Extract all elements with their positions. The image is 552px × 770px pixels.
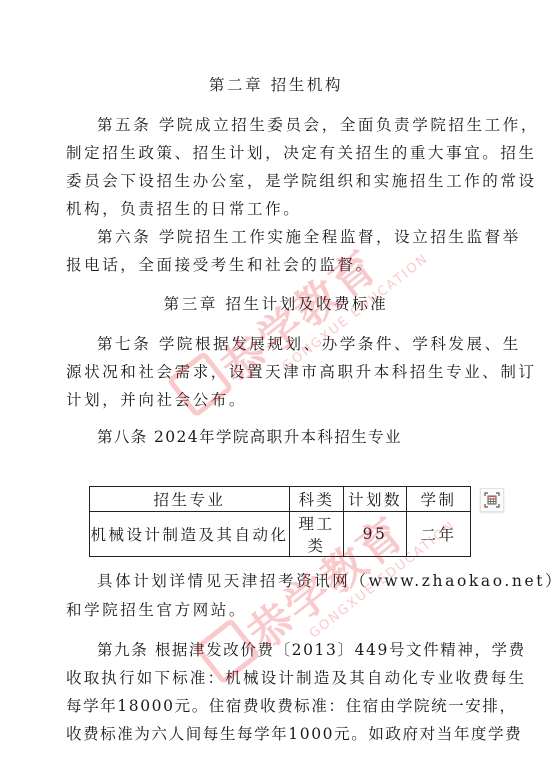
table-row: 机械设计制造及其自动化 理工类 95 二年	[90, 512, 471, 557]
header-major: 招生专业	[90, 487, 290, 512]
details-line-1: 具体计划详情见天津招考资讯网（www.zhaokao.net）	[97, 571, 552, 591]
enrollment-plan-table: 招生专业 科类 计划数 学制 机械设计制造及其自动化 理工类 95 二年	[89, 486, 471, 557]
cell-major: 机械设计制造及其自动化	[90, 512, 290, 557]
table-select-icon	[484, 492, 500, 508]
article-8-heading: 第八条 2024年学院高职升本科招生专业	[97, 427, 402, 447]
article-5-line-4: 机构，负责招生的日常工作。	[66, 199, 301, 219]
article-9-line-1: 第九条 根据津发改价费〔2013〕449号文件精神，学费	[97, 640, 526, 660]
cell-plan-count: 95	[344, 512, 407, 557]
header-plan-count: 计划数	[344, 487, 407, 512]
cell-duration: 二年	[407, 512, 471, 557]
article-6-line-2: 报电话，全面接受考生和社会的监督。	[66, 255, 374, 275]
article-7-line-3: 计划，并向社会公布。	[66, 390, 247, 410]
article-5-line-2: 制定招生政策、招生计划，决定有关招生的重大事宜。招生	[66, 143, 537, 163]
article-7-line-2: 源状况和社会需求，设置天津市高职升本科招生专业、制订	[66, 362, 537, 382]
article-5-line-1: 第五条 学院成立招生委员会，全面负责学院招生工作，	[97, 115, 539, 135]
table-select-button[interactable]	[480, 488, 504, 512]
header-duration: 学制	[407, 487, 471, 512]
details-line-2: 和学院招生官方网站。	[66, 600, 247, 620]
table-header-row: 招生专业 科类 计划数 学制	[90, 487, 471, 512]
chapter-2-title: 第二章 招生机构	[0, 75, 552, 95]
article-9-line-2: 收取执行如下标准：机械设计制造及其自动化专业收费每生	[66, 668, 526, 688]
article-9-line-3: 每学年18000元。住宿费收费标准：住宿由学院统一安排，	[66, 696, 517, 716]
article-5-line-3: 委员会下设招生办公室，是学院组织和实施招生工作的常设	[66, 171, 537, 191]
document-page: 第二章 招生机构 第五条 学院成立招生委员会，全面负责学院招生工作， 制定招生政…	[0, 0, 552, 770]
article-7-line-1: 第七条 学院根据发展规划、办学条件、学科发展、生	[97, 334, 521, 354]
cell-category: 理工类	[290, 512, 344, 557]
chapter-3-title: 第三章 招生计划及收费标准	[0, 294, 552, 314]
header-category: 科类	[290, 487, 344, 512]
article-6-line-1: 第六条 学院招生工作实施全程监督，设立招生监督举	[97, 227, 521, 247]
article-9-line-4: 收费标准为六人间每生每学年1000元。如政府对当年度学费	[66, 724, 522, 744]
